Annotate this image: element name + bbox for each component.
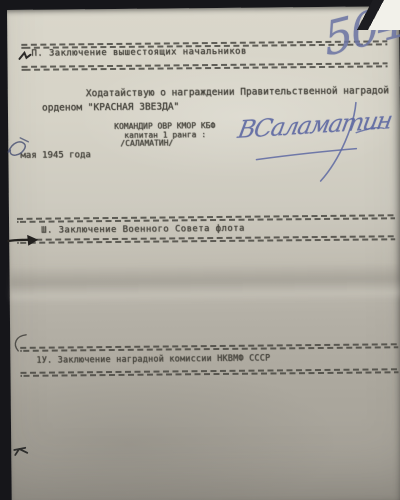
signature-pen-strokes	[228, 98, 399, 192]
dashed-rule	[20, 343, 398, 353]
date-day-handwriting	[6, 136, 32, 162]
document-page: П. Заключение вышестоящих начальников 50…	[7, 6, 400, 500]
fold-shadow	[9, 262, 400, 304]
petition-line-2: орденом "КРАСНАЯ ЗВЕЗДА"	[42, 101, 179, 113]
section-iii-heading: Ш. Заключение Военного Совета флота	[41, 224, 245, 236]
section-ii-heading: П. Заключение вышестоящих начальников	[31, 47, 246, 59]
pen-arrow-mark	[7, 232, 41, 250]
dashed-rule	[20, 368, 398, 378]
commander-name-line: /САЛАМАТИН/	[120, 138, 173, 148]
dashed-rule	[17, 235, 395, 245]
photo-frame: П. Заключение вышестоящих начальников 50…	[0, 0, 400, 500]
ink-speck	[11, 442, 37, 460]
pen-check-mark	[17, 50, 33, 64]
section-iv-heading: 1У. Заключение наградной комиссии НКВМФ …	[36, 353, 270, 365]
petition-line-1: Ходатайствую о награждении Правительстве…	[86, 85, 389, 99]
pen-curve-mark	[10, 332, 30, 354]
corner-tear	[336, 0, 400, 30]
dashed-rule	[17, 214, 395, 224]
